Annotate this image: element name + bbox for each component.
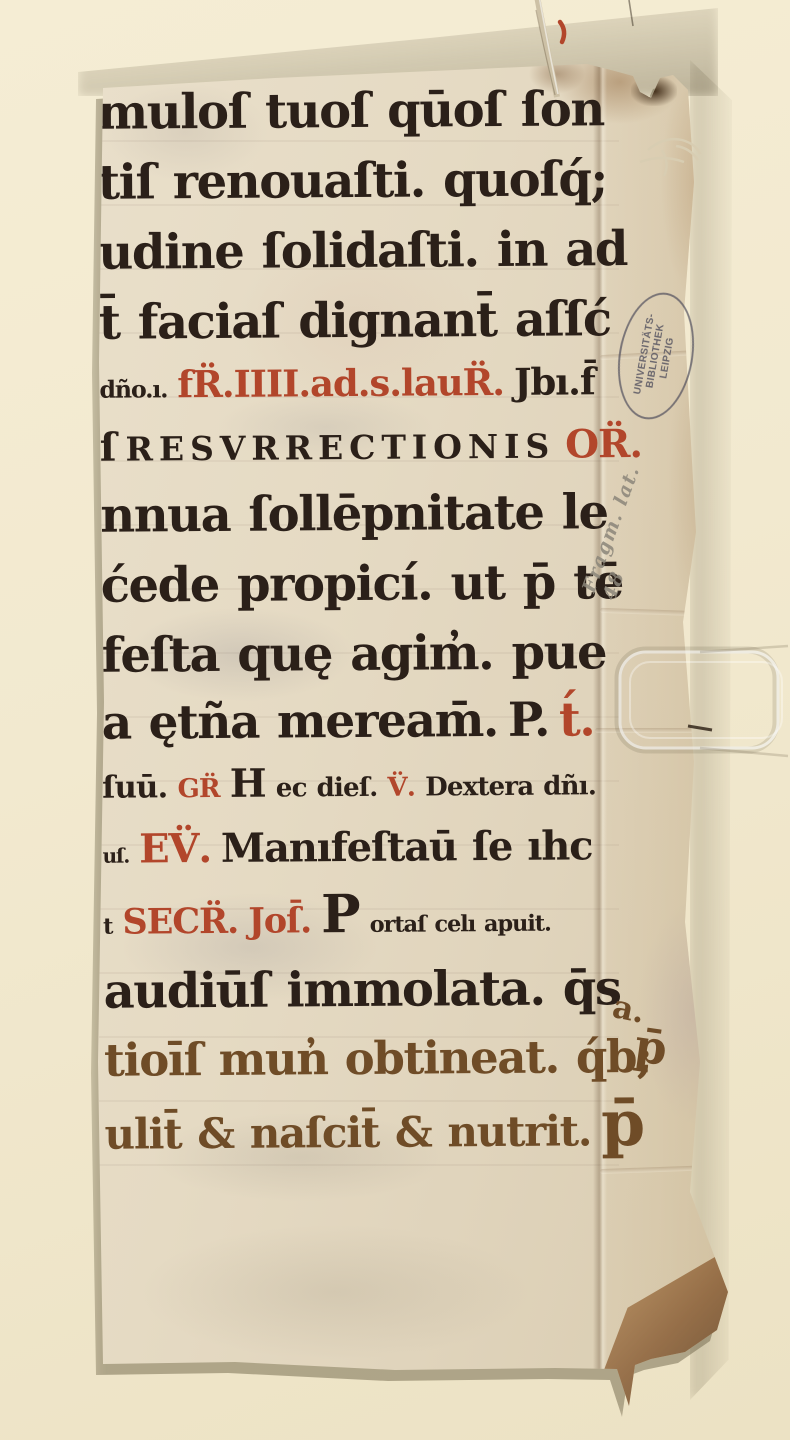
manuscript-line: ſuū.GR̈Hec dieſ.V̈.Dextera dñı. [102, 753, 607, 819]
manuscript-line: t̄ faciaſ dignant̄ aſſć [99, 284, 604, 358]
text-segment: audiūſ immolata. q̄s [103, 960, 620, 1020]
manuscript-line: a ętña meream̄.P.t́. [101, 687, 606, 757]
text-segment: Jbı.f̄ [514, 359, 595, 404]
text-segment: ſuū. [102, 769, 168, 805]
manuscript-line: ſRESVRRECTIONISOR̈. [100, 413, 605, 481]
manuscript-line: udine ſolidaſti. in ad [98, 214, 603, 288]
text-segment: p̄ [601, 1086, 644, 1160]
text-segment: P [321, 884, 360, 945]
text-segment: SECR̈. [122, 901, 238, 943]
text-segment: RESVRRECTIONIS [125, 427, 555, 469]
text-segment: t̄ faciaſ dignant̄ aſſć [99, 291, 611, 351]
text-segment: udine ſolidaſti. in ad [98, 221, 627, 281]
text-segment: P. [508, 693, 549, 748]
text-segment: ulit̄ & naſcit̄ & nutrit. [104, 1106, 591, 1158]
text-segment: ortaſ celı apuit. [370, 911, 551, 938]
text-segment: ſ [100, 425, 116, 471]
manuscript-line: nnua ſollēpnitate le [100, 477, 605, 551]
text-segment: dño.ı. [99, 375, 167, 403]
manuscript-line: tSECR̈.Joſ̄.Portaſ celı apuit. [103, 883, 608, 957]
flap-marginal-note: p̄ [631, 1018, 670, 1076]
manuscript-line: tioīſ mun̓ obtineat. q́b; [104, 1023, 609, 1095]
text-segment: t [103, 914, 112, 940]
manuscript-line: ćede propicı́. ut p̄ tē [101, 547, 606, 621]
text-segment: nnua ſollēpnitate le [100, 484, 608, 544]
manuscript-line: tiſ renouaſti. quoſq́; [98, 144, 603, 218]
manuscript-line: muloſ tuoſ qūoſ ſon [97, 74, 602, 148]
manuscript-line: dño.ı.fR̈.IIII.ad.s.lauR̈.Jbı.f̄ [99, 354, 604, 417]
text-segment: fR̈.IIII.ad.s.lauR̈. [177, 360, 504, 406]
text-segment: a ętña meream̄. [102, 693, 499, 751]
text-segment: Dextera dñı. [425, 771, 596, 802]
rust-stain-corner [587, 1247, 732, 1407]
manuscript-photo: muloſ tuoſ qūoſ ſontiſ renouaſti. quoſq́… [0, 0, 790, 1440]
manuscript-line: ulit̄ & naſcit̄ & nutrit.p̄ [104, 1091, 609, 1167]
text-segment: Manıfeſtaū ſe ıhc [221, 822, 593, 872]
text-segment: V̈. [387, 773, 415, 803]
text-segment: tioīſ mun̓ obtineat. q́b; [104, 1030, 652, 1087]
text-segment: t́. [559, 692, 595, 747]
text-segment: uſ. [103, 844, 130, 868]
text-segment: muloſ tuoſ qūoſ ſon [97, 81, 604, 141]
cast-shadow-right [690, 60, 760, 1400]
text-segment: H [230, 761, 266, 807]
text-segment: EV̈. [139, 825, 211, 873]
text-segment: Joſ̄. [248, 900, 311, 941]
manuscript-line: uſ.EV̈.Manıfeſtaū ſe ıhc [102, 815, 607, 887]
text-segment: tiſ renouaſti. quoſq́; [98, 151, 607, 211]
text-block: muloſ tuoſ qūoſ ſontiſ renouaſti. quoſq́… [97, 74, 610, 1166]
text-segment: ec dieſ. [276, 773, 378, 804]
text-segment: GR̈ [177, 774, 219, 804]
text-segment: feſta quę agim̓. pue [101, 624, 606, 684]
manuscript-line: audiūſ immolata. q̄s [103, 953, 608, 1027]
manuscript-line: feſta quę agim̓. pue [101, 617, 606, 691]
parchment-fragment: muloſ tuoſ qūoſ ſontiſ renouaſti. quoſq́… [95, 62, 735, 1412]
text-segment: ćede propicı́. ut p̄ tē [101, 554, 624, 614]
